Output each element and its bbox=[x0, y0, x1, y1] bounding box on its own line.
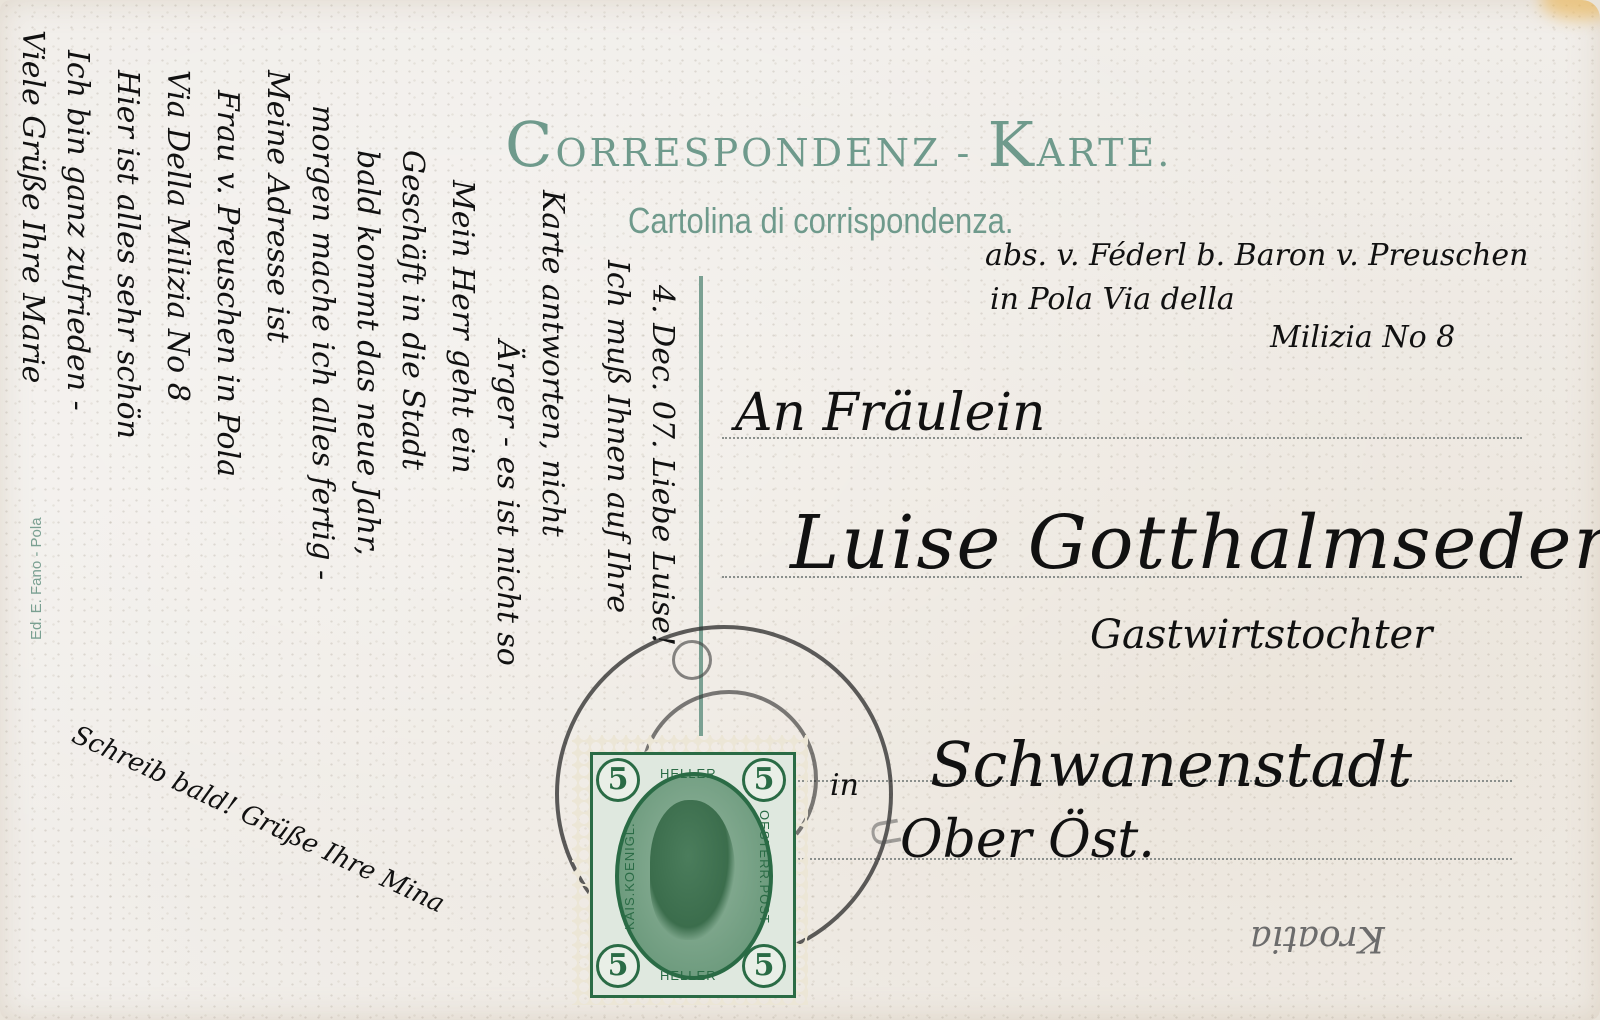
message-line: Karte antworten, nicht bbox=[535, 190, 570, 537]
recipient-name: Luise Gotthalmseder bbox=[790, 500, 1600, 586]
message-line: Ärger - es ist nicht so bbox=[490, 340, 525, 666]
title-initial-k: K bbox=[987, 108, 1036, 181]
recipient-city: Schwanenstadt bbox=[930, 728, 1412, 801]
message-line: Frau v. Preuschen in Pola bbox=[210, 90, 245, 477]
stamp-right-text: OESTERR.POST bbox=[757, 810, 772, 924]
sender-line-1: abs. v. Féderl b. Baron v. Preuschen bbox=[985, 238, 1529, 273]
message-line: Meine Adresse ist bbox=[260, 70, 295, 343]
message-line: bald kommt das neue Jahr, bbox=[350, 150, 385, 556]
emperor-portrait-icon bbox=[650, 800, 735, 940]
message-line: Via Della Milizia No 8 bbox=[160, 70, 195, 402]
message-line: Viele Grüße Ihre Marie bbox=[15, 30, 50, 383]
stamp-value-bottom-left: 5 bbox=[596, 944, 640, 988]
sender-line-3: Milizia No 8 bbox=[1270, 320, 1455, 355]
recipient-region: Ober Öst. bbox=[900, 810, 1155, 870]
paper-stain bbox=[1540, 0, 1600, 20]
stamp-value-bottom-right: 5 bbox=[742, 944, 786, 988]
message-line: 4. Dec. 07. Liebe Luise! bbox=[645, 285, 680, 646]
message-line: Mein Herr geht ein bbox=[445, 180, 480, 474]
stamp-currency-bottom: HELLER bbox=[660, 968, 717, 983]
message-line: Geschäft in die Stadt bbox=[395, 150, 430, 470]
stamp-value-top-left: 5 bbox=[596, 758, 640, 802]
postcard: CORRESPONDENZ - KARTE. Cartolina di corr… bbox=[0, 0, 1600, 1020]
pencil-note: Kroatia bbox=[1250, 918, 1385, 959]
stamp-value-top-right: 5 bbox=[742, 758, 786, 802]
message-line: morgen mache ich alles fertig - bbox=[305, 105, 340, 580]
postmark-crown-icon bbox=[672, 640, 712, 680]
sender-line-2: in Pola Via della bbox=[990, 282, 1235, 317]
title-word-2: ARTE. bbox=[1037, 131, 1173, 175]
message-line: Ich bin ganz zufrieden - bbox=[60, 50, 95, 411]
stamp-left-text: KAIS.KOENIGL. bbox=[622, 822, 637, 930]
message-line: Ich muß Ihnen auf Ihre bbox=[600, 260, 635, 613]
recipient-salutation: An Fräulein bbox=[735, 383, 1046, 443]
recipient-occupation: Gastwirtstochter bbox=[1090, 612, 1432, 658]
stamp-currency-top: HELLER bbox=[660, 766, 717, 781]
message-line: Hier ist alles sehr schön bbox=[110, 70, 145, 439]
